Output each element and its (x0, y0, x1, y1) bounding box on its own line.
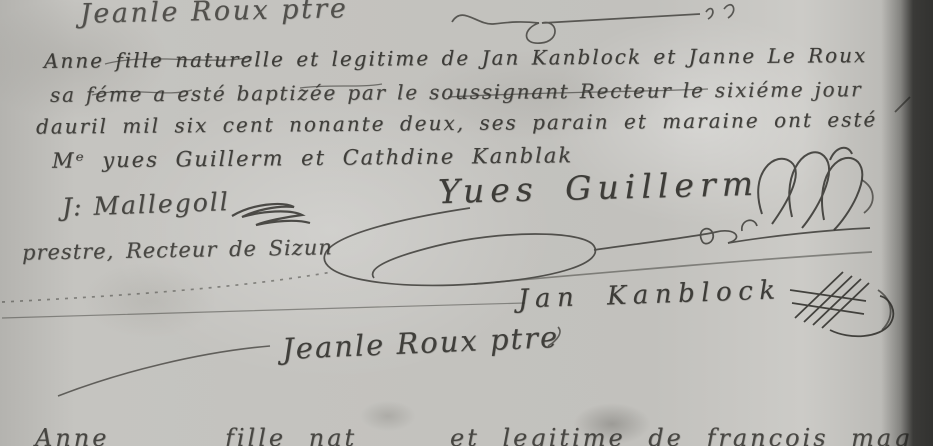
signature-mallegoll: J: Mallegoll (62, 187, 231, 222)
signature-kanblock: Jan Kanblock (518, 275, 782, 314)
signature-mallegoll-title: prestre, Recteur de Sizun (22, 235, 333, 264)
body-line-4: Mᵉ yues Guillerm et Cathdine Kanblak (52, 143, 573, 172)
body-line-2: sa féme a esté baptizée par le soussigna… (50, 77, 863, 107)
next-entry-fragment-1: Anne (35, 424, 109, 446)
next-entry-fragment-3: et legitime de françois mag (450, 424, 913, 446)
signature-leroux: Jeanle Roux ptre (281, 320, 559, 366)
body-line-3: dauril mil six cent nonante deux, ses pa… (36, 107, 878, 138)
flourish-top-line-icon (452, 5, 734, 43)
signature-guillerm: Yues Guillerm (438, 164, 760, 211)
manuscript-page: Jeanle Roux ptre Anne fille naturelle et… (0, 0, 933, 446)
guillerm-paraph-icon (758, 148, 862, 230)
kanblock-crosshatch-mark-icon (790, 272, 893, 336)
mallegoll-paraph-icon (232, 204, 310, 225)
body-line-1: Anne fille naturelle et legitime de Jan … (44, 43, 867, 73)
page-gutter-shadow (881, 0, 933, 446)
top-signature-leroux: Jeanle Roux ptre (80, 0, 349, 30)
underline-stroke (2, 303, 525, 318)
next-entry-fragment-2: fille nat (225, 424, 357, 446)
